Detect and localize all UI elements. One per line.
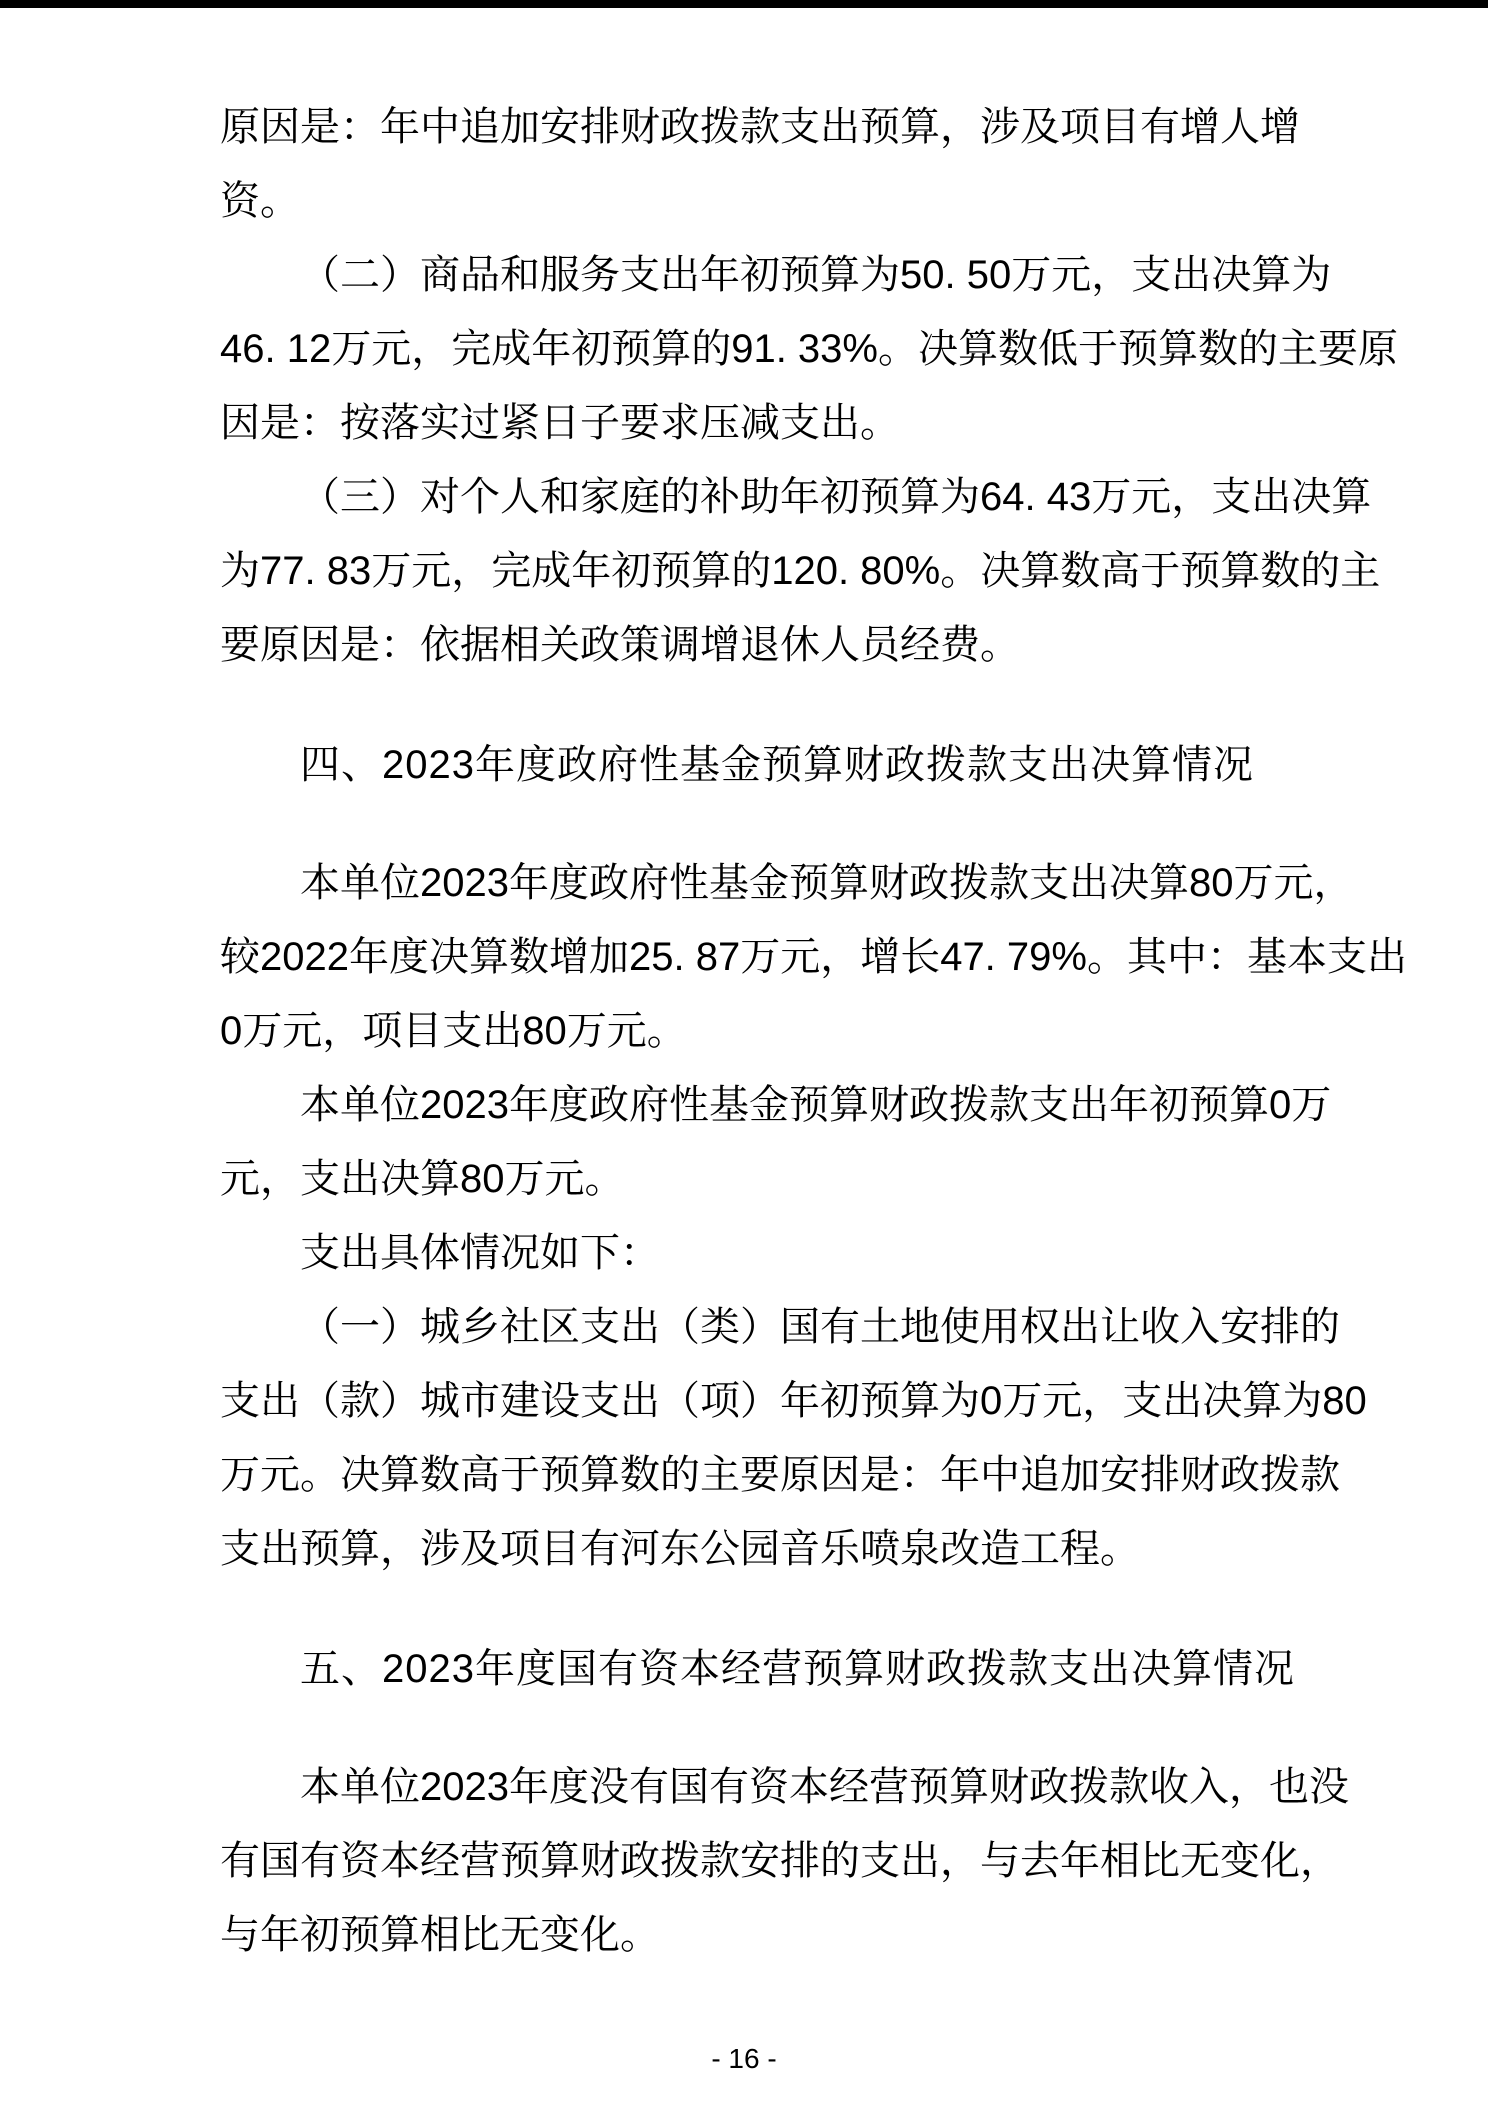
text-line: 要原因是：依据相关政策调增退休人员经费。: [220, 608, 1330, 682]
text-line: 为77. 83万元，完成年初预算的120. 80%。决算数高于预算数的主: [220, 534, 1330, 608]
section-heading-4: 四、2023年度政府性基金预算财政拨款支出决算情况: [220, 728, 1410, 802]
text-line: （三）对个人和家庭的补助年初预算为64. 43万元，支出决算: [220, 460, 1410, 534]
scan-edge-artifact: [0, 0, 1488, 8]
text-line: 因是：按落实过紧日子要求压减支出。: [220, 386, 1330, 460]
text-line: （一）城乡社区支出（类）国有土地使用权出让收入安排的: [220, 1290, 1410, 1364]
text-line: 原因是：年中追加安排财政拨款支出预算，涉及项目有增人增: [220, 90, 1330, 164]
text-line: 本单位2023年度政府性基金预算财政拨款支出决算80万元，: [220, 846, 1410, 920]
section-heading-5: 五、2023年度国有资本经营预算财政拨款支出决算情况: [220, 1632, 1410, 1706]
text-line: 万元。决算数高于预算数的主要原因是：年中追加安排财政拨款: [220, 1438, 1330, 1512]
document-page: 原因是：年中追加安排财政拨款支出预算，涉及项目有增人增 资。 （二）商品和服务支…: [0, 0, 1488, 2104]
text-line: 本单位2023年度没有国有资本经营预算财政拨款收入，也没: [220, 1750, 1410, 1824]
text-line: 元，支出决算80万元。: [220, 1142, 1330, 1216]
text-line: 本单位2023年度政府性基金预算财政拨款支出年初预算0万: [220, 1068, 1410, 1142]
text-line: 支出（款）城市建设支出（项）年初预算为0万元，支出决算为80: [220, 1364, 1330, 1438]
text-line: 较2022年度决算数增加25. 87万元，增长47. 79%。其中：基本支出: [220, 920, 1330, 994]
text-line: 有国有资本经营预算财政拨款安排的支出，与去年相比无变化，: [220, 1824, 1330, 1898]
text-line: （二）商品和服务支出年初预算为50. 50万元，支出决算为: [220, 238, 1410, 312]
page-number: - 16 -: [0, 2042, 1488, 2076]
text-line: 资。: [220, 164, 1330, 238]
text-line: 支出具体情况如下：: [220, 1216, 1410, 1290]
text-line: 与年初预算相比无变化。: [220, 1898, 1330, 1972]
text-line: 46. 12万元，完成年初预算的91. 33%。决算数低于预算数的主要原: [220, 312, 1330, 386]
text-line: 支出预算，涉及项目有河东公园音乐喷泉改造工程。: [220, 1512, 1330, 1586]
text-line: 0万元，项目支出80万元。: [220, 994, 1330, 1068]
